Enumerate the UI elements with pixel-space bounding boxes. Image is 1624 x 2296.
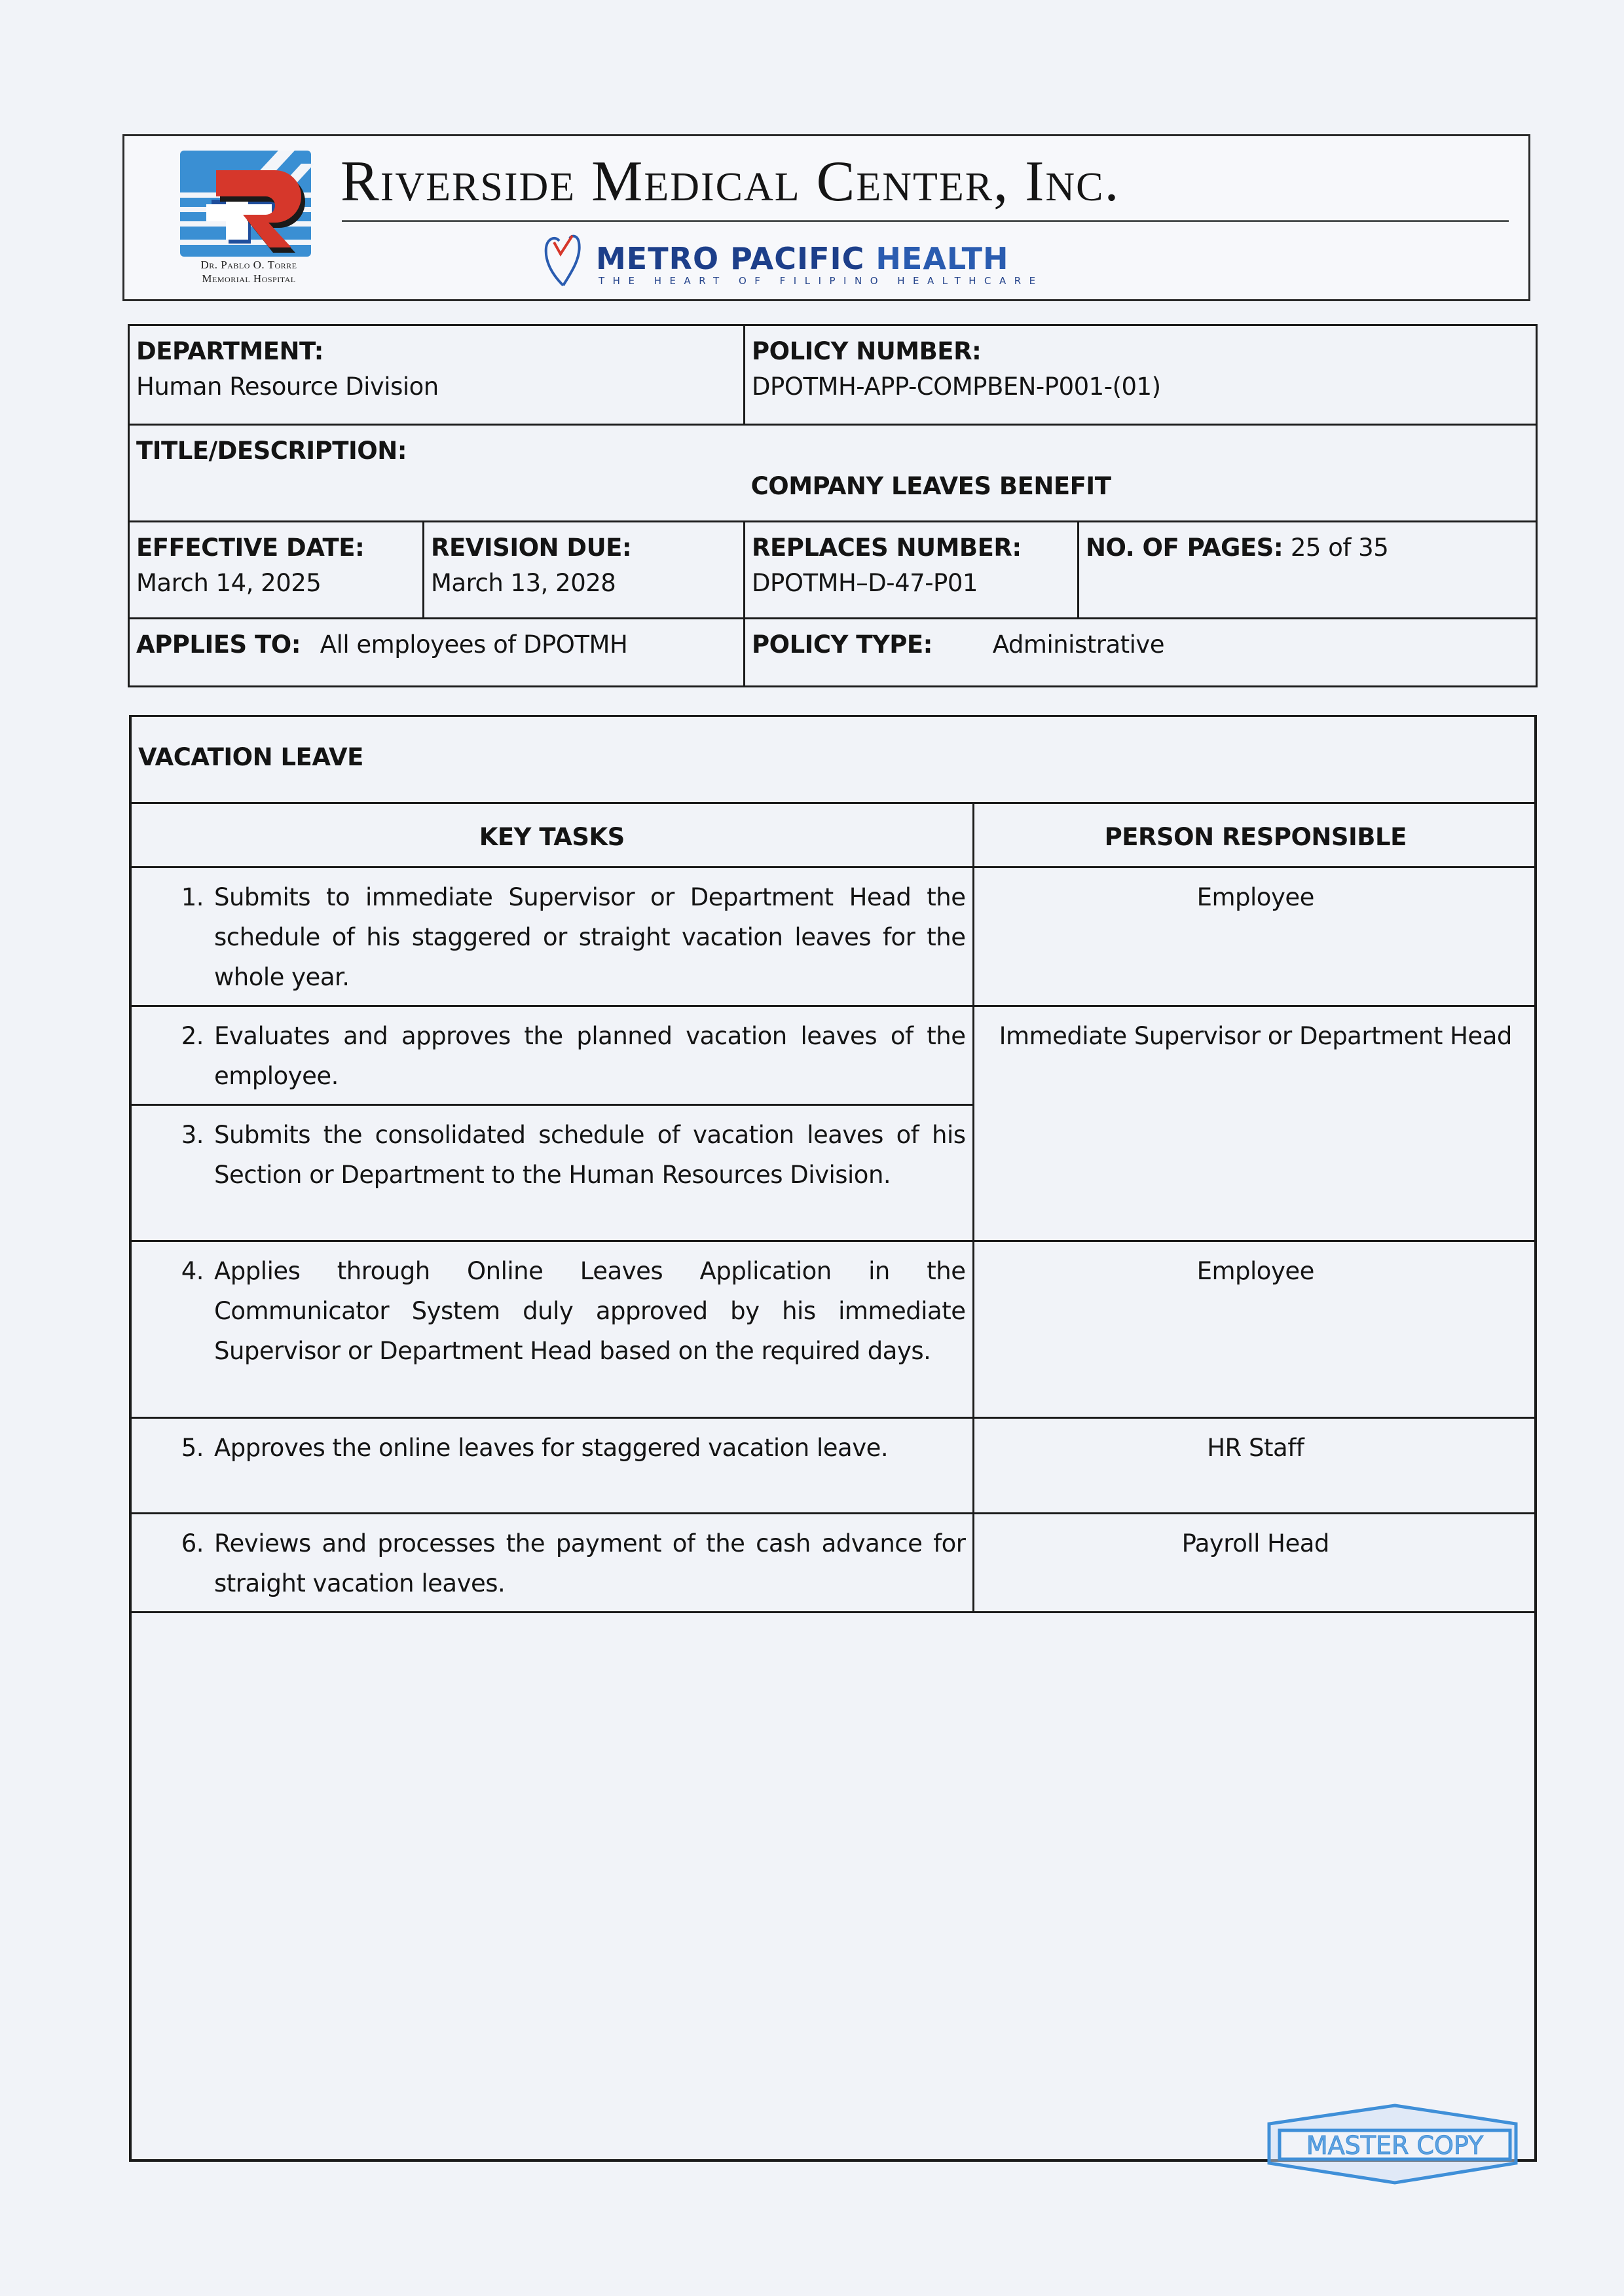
letterhead: Dr. Pablo O. Torre Memorial Hospital Riv… xyxy=(122,134,1530,301)
task-number: 5. xyxy=(138,1428,214,1468)
replaces-number-label: REPLACES NUMBER: xyxy=(752,530,1071,566)
table-row: 2. Evaluates and approves the planned va… xyxy=(132,1006,1537,1105)
applies-to-value: All employees of DPOTMH xyxy=(320,630,628,659)
policy-type-value: Administrative xyxy=(993,630,1164,659)
task-cell: 5. Approves the online leaves for stagge… xyxy=(132,1418,973,1514)
person-responsible: HR Staff xyxy=(973,1418,1537,1514)
effective-date-value: March 14, 2025 xyxy=(136,566,416,601)
table-row: 1. Submits to immediate Supervisor or De… xyxy=(132,867,1537,1006)
task-text: Reviews and processes the payment of the… xyxy=(214,1523,966,1603)
task-number: 4. xyxy=(138,1251,214,1371)
hospital-caption: Dr. Pablo O. Torre Memorial Hospital xyxy=(151,258,347,285)
heart-check-icon xyxy=(544,233,583,287)
policy-type-label: POLICY TYPE: xyxy=(752,630,932,659)
key-tasks-table: KEY TASKS PERSON RESPONSIBLE 1. Submits … xyxy=(132,802,1537,1613)
stamp-text: MASTER COPY xyxy=(1306,2131,1484,2160)
task-text: Approves the online leaves for staggered… xyxy=(214,1428,966,1468)
revision-due-value: March 13, 2028 xyxy=(431,566,737,601)
table-row: 4. Applies through Online Leaves Applica… xyxy=(132,1241,1537,1418)
partner-name: METRO PACIFIC HEALTH xyxy=(596,242,1009,275)
policy-number-label: POLICY NUMBER: xyxy=(752,334,1529,369)
policy-title: COMPANY LEAVES BENEFIT xyxy=(136,469,1529,504)
task-text: Submits the consolidated schedule of vac… xyxy=(214,1115,966,1195)
section-title: VACATION LEAVE xyxy=(138,743,363,771)
task-text: Evaluates and approves the planned vacat… xyxy=(214,1016,966,1096)
policy-type-cell: POLICY TYPE: Administrative xyxy=(745,619,1537,687)
hospital-caption-line2: Memorial Hospital xyxy=(151,272,347,285)
policy-number-value: DPOTMH-APP-COMPBEN-P001-(01) xyxy=(752,369,1529,405)
header-divider xyxy=(342,220,1509,222)
effective-date-cell: EFFECTIVE DATE: March 14, 2025 xyxy=(129,522,424,619)
task-cell: 4. Applies through Online Leaves Applica… xyxy=(132,1241,973,1418)
policy-metadata-table: DEPARTMENT: Human Resource Division POLI… xyxy=(128,324,1538,687)
pages-label: NO. OF PAGES: xyxy=(1086,534,1283,562)
vacation-leave-section: VACATION LEAVE KEY TASKS PERSON RESPONSI… xyxy=(129,715,1537,2162)
task-number: 2. xyxy=(138,1016,214,1096)
person-responsible: Payroll Head xyxy=(973,1514,1537,1613)
task-number: 6. xyxy=(138,1523,214,1603)
title-cell: TITLE/DESCRIPTION: COMPANY LEAVES BENEFI… xyxy=(129,425,1537,522)
person-responsible: Immediate Supervisor or Department Head xyxy=(973,1006,1537,1241)
department-label: DEPARTMENT: xyxy=(136,334,737,369)
title-label: TITLE/DESCRIPTION: xyxy=(136,433,1529,469)
table-row: 6. Reviews and processes the payment of … xyxy=(132,1514,1537,1613)
task-text: Submits to immediate Supervisor or Depar… xyxy=(214,877,966,997)
applies-to-cell: APPLIES TO: All employees of DPOTMH xyxy=(129,619,745,687)
department-value: Human Resource Division xyxy=(136,369,737,405)
policy-number-cell: POLICY NUMBER: DPOTMH-APP-COMPBEN-P001-(… xyxy=(745,325,1537,425)
pages-value: 25 of 35 xyxy=(1291,534,1388,562)
replaces-number-value: DPOTMH–D-47-P01 xyxy=(752,566,1071,601)
hospital-logo-icon xyxy=(180,151,318,262)
applies-to-label: APPLIES TO: xyxy=(136,630,301,659)
partner-tagline: THE HEART OF FILIPINO HEALTHCARE xyxy=(599,275,1044,287)
task-cell: 6. Reviews and processes the payment of … xyxy=(132,1514,973,1613)
person-responsible-header: PERSON RESPONSIBLE xyxy=(973,803,1537,867)
table-row: 5. Approves the online leaves for stagge… xyxy=(132,1418,1537,1514)
task-cell: 1. Submits to immediate Supervisor or De… xyxy=(132,867,973,1006)
revision-due-cell: REVISION DUE: March 13, 2028 xyxy=(424,522,745,619)
master-copy-stamp: MASTER COPY xyxy=(1257,2102,1532,2187)
task-number: 1. xyxy=(138,877,214,997)
effective-date-label: EFFECTIVE DATE: xyxy=(136,530,416,566)
replaces-number-cell: REPLACES NUMBER: DPOTMH–D-47-P01 xyxy=(745,522,1079,619)
revision-due-label: REVISION DUE: xyxy=(431,530,737,566)
partner-name-light: HEALTH xyxy=(876,241,1008,276)
person-responsible: Employee xyxy=(973,867,1537,1006)
task-text: Applies through Online Leaves Applicatio… xyxy=(214,1251,966,1371)
task-number: 3. xyxy=(138,1115,214,1195)
document-page: Dr. Pablo O. Torre Memorial Hospital Riv… xyxy=(0,0,1624,2296)
key-tasks-header: KEY TASKS xyxy=(132,803,973,867)
department-cell: DEPARTMENT: Human Resource Division xyxy=(129,325,745,425)
pages-cell: NO. OF PAGES: 25 of 35 xyxy=(1079,522,1537,619)
hospital-caption-line1: Dr. Pablo O. Torre xyxy=(151,258,347,272)
task-cell: 2. Evaluates and approves the planned va… xyxy=(132,1006,973,1105)
partner-name-dark: METRO PACIFIC xyxy=(596,241,864,276)
organization-name: Riverside Medical Center, Inc. xyxy=(341,149,1519,215)
person-responsible: Employee xyxy=(973,1241,1537,1418)
task-cell: 3. Submits the consolidated schedule of … xyxy=(132,1105,973,1241)
